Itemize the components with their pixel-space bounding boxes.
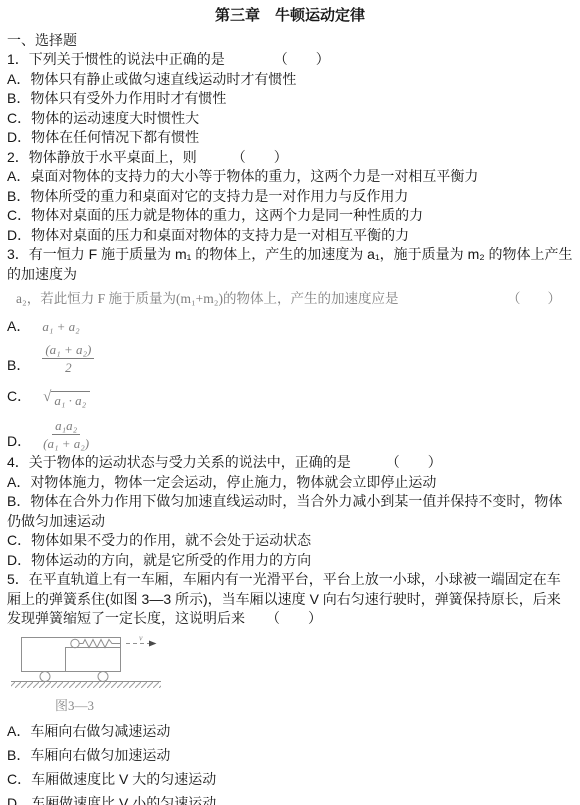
q3-scan-paren: （ ） (507, 289, 561, 309)
q3-option-c-label: C． (7, 387, 31, 407)
q5-options: A．车厢向右做匀减速运动 B．车厢向右做匀加速运动 C．车厢做速度比 V 大的匀… (7, 722, 573, 805)
ball (71, 639, 79, 647)
q5-stem: 5．在平直轨道上有一车厢，车厢内有一光滑平台，平台上放一小球，小球被一端固定在车… (7, 570, 573, 629)
q1-stem: 1．下列关于惯性的说法中正确的是 （ ） (7, 50, 573, 70)
q1-option-a: A．物体只有静止或做匀速直线运动时才有惯性 (7, 70, 573, 90)
wheel-right (98, 671, 108, 681)
figure-3-3: v 图3—3 (9, 634, 184, 713)
document-page: 第三章 牛顿运动定律 一、选择题 1．下列关于惯性的说法中正确的是 （ ） A．… (0, 0, 580, 805)
q3-scanned-continuation: a₂，若此恒力 F 施于质量为(m₁+m₂)的物体上，产生的加速度应是 （ ） (7, 284, 573, 310)
platform (66, 647, 121, 671)
q4-option-c: C．物体如果不受力的作用，就不会处于运动状态 (7, 531, 573, 551)
q3-option-b: B． (a₁ + a₂) 2 (7, 342, 573, 375)
q3-option-b-fraction: (a₁ + a₂) 2 (42, 342, 94, 375)
radicand: a₁ · a₂ (51, 391, 90, 408)
q3-option-b-label: B． (7, 356, 30, 376)
q4-stem: 4．关于物体的运动状态与受力关系的说法中，正确的是 （ ） (7, 453, 573, 473)
q3-stem: 3．有一恒力 F 施于质量为 m₁ 的物体上，产生的加速度为 a₁，施于质量为 … (7, 245, 573, 284)
q2-option-b: B．物体所受的重力和桌面对它的支持力是一对作用力与反作用力 (7, 187, 573, 207)
q3-option-c-sqrt: √ a₁ · a₂ (43, 391, 90, 408)
fraction-numerator: a₁a₂ (52, 418, 80, 435)
q2-option-a: A．桌面对物体的支持力的大小等于物体的重力，这两个力是一对相互平衡力 (7, 167, 573, 187)
q3-scan-text: a₂，若此恒力 F 施于质量为(m₁+m₂)的物体上，产生的加速度应是 (16, 289, 398, 309)
velocity-label: v (139, 634, 143, 643)
q3-option-d: D． a₁a₂ (a₁ + a₂) (7, 418, 573, 451)
radical-sign: √ (43, 391, 51, 404)
velocity-arrow-head (149, 640, 157, 646)
q3-option-a-label: A． (7, 317, 30, 337)
q5-option-d: D．车厢做速度比 V 小的匀速运动 (7, 794, 573, 805)
q1-option-b: B．物体只有受外力作用时才有惯性 (7, 89, 573, 109)
wheel-left (40, 671, 50, 681)
page-title: 第三章 牛顿运动定律 (7, 6, 573, 26)
q3-option-a: A． a₁ + a₂ (7, 317, 573, 337)
q3-option-d-fraction: a₁a₂ (a₁ + a₂) (43, 418, 89, 451)
q3-option-c: C． √ a₁ · a₂ (7, 387, 573, 408)
fraction-numerator: (a₁ + a₂) (42, 342, 94, 359)
section-heading: 一、选择题 (7, 31, 573, 51)
q2-stem: 2．物体静放于水平桌面上，则 （ ） (7, 148, 573, 168)
q2-option-c: C．物体对桌面的压力就是物体的重力，这两个力是同一种性质的力 (7, 206, 573, 226)
spring (80, 639, 121, 647)
q4-option-d: D．物体运动的方向，就是它所受的作用力的方向 (7, 551, 573, 571)
q3-option-d-label: D． (7, 432, 31, 452)
q4-option-a: A．对物体施力，物体一定会运动，停止施力，物体就会立即停止运动 (7, 473, 573, 493)
q5-option-a: A．车厢向右做匀减速运动 (7, 722, 573, 742)
q3-option-a-formula: a₁ + a₂ (42, 319, 79, 334)
ground-hatching (11, 682, 161, 688)
figure-caption: 图3—3 (55, 698, 184, 713)
q5-option-c: C．车厢做速度比 V 大的匀速运动 (7, 770, 573, 790)
q1-option-c: C．物体的运动速度大时惯性大 (7, 109, 573, 129)
fraction-denominator: (a₁ + a₂) (43, 435, 89, 451)
fraction-denominator: 2 (65, 359, 72, 375)
q2-option-d: D．物体对桌面的压力和桌面对物体的支持力是一对相互平衡的力 (7, 226, 573, 246)
cart-spring-diagram: v (9, 634, 169, 692)
q1-option-d: D．物体在任何情况下都有惯性 (7, 128, 573, 148)
q5-option-b: B．车厢向右做匀加速运动 (7, 746, 573, 766)
q4-option-b: B．物体在合外力作用下做匀加速直线运动时，当合外力减小到某一值并保持不变时，物体… (7, 492, 573, 531)
